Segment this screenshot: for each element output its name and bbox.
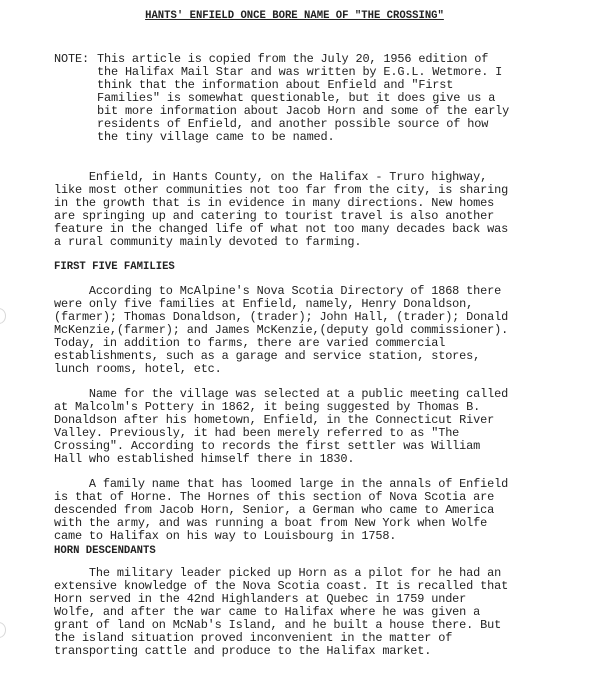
paragraph-line: lunch rooms, hotel, etc. [54,363,222,376]
paragraph-line: a rural community mainly devoted to farm… [54,236,361,249]
paragraph-line: transporting cattle and produce to the H… [54,645,431,658]
section-heading-horn-descendants: HORN DESCENDANTS [54,545,156,557]
note-line: the tiny village came to be named. [97,131,335,144]
document-title: HANTS' ENFIELD ONCE BORE NAME OF "THE CR… [0,10,589,22]
punch-hole-mark [0,308,6,324]
note-label: NOTE: [54,53,89,66]
punch-hole-mark [0,622,6,638]
paragraph-line: came to Halifax on his way to Louisbourg… [54,530,396,543]
document-page: HANTS' ENFIELD ONCE BORE NAME OF "THE CR… [0,0,589,692]
paragraph-line: Hall who established himself there in 18… [54,453,354,466]
section-heading-first-five-families: FIRST FIVE FAMILIES [54,261,175,273]
